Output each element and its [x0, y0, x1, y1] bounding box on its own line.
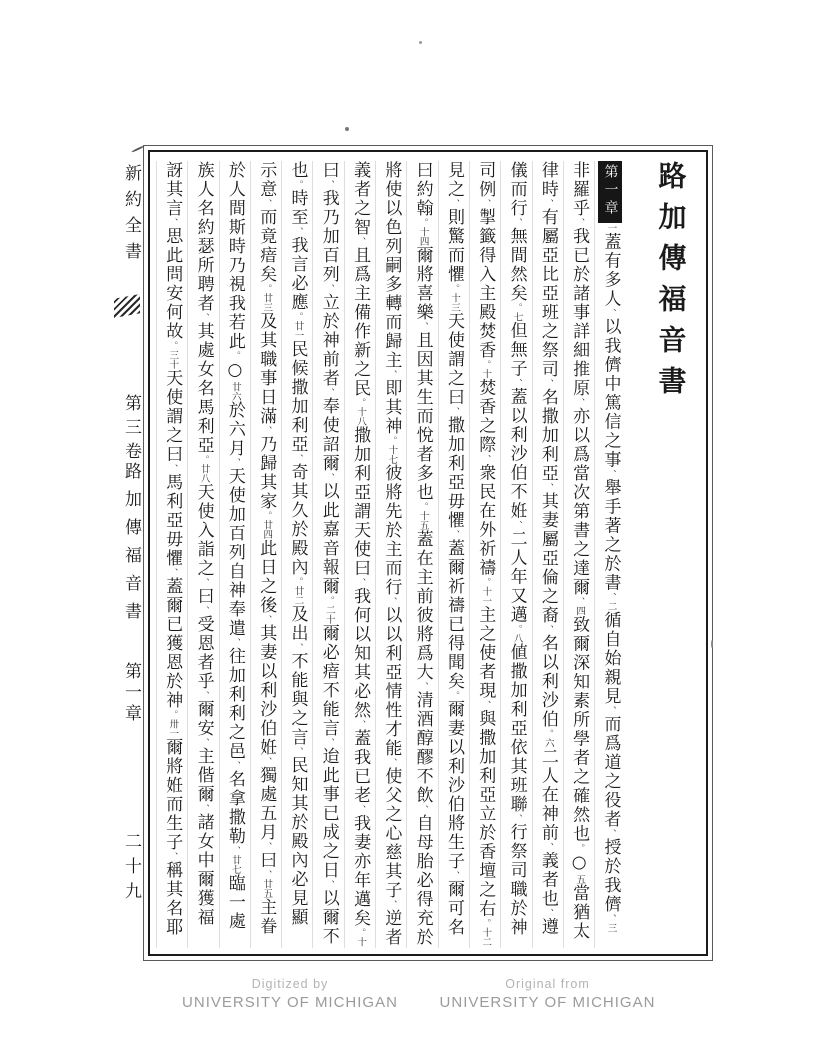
verse-number: 六 — [543, 738, 554, 748]
scan-speck — [711, 640, 713, 648]
verse-number: 十一 — [480, 587, 491, 606]
text-column: 律時、有屬亞比亞班之祭司、名撒加利亞、其妻屬亞倫之裔、名以利沙伯。六二人在神前、… — [532, 161, 563, 948]
ornament-mark — [114, 294, 140, 318]
verse-number: 十二 — [480, 928, 491, 947]
verse-number: 十八 — [355, 407, 366, 426]
verse-number: 卅一 — [167, 719, 178, 738]
margin-book-title: 新約全書 — [110, 164, 144, 268]
margin-page-number: 二十九 — [110, 832, 144, 907]
footer-original: Original from UNIVERSITY OF MICHIGAN — [425, 977, 670, 1011]
verse-number: 廿六 — [230, 382, 241, 401]
text-frame-inner: 路加傳福音書 第一章一蓋有多人、以我儕中篤信之事、舉手著之於書、二循自始親見、而… — [150, 152, 703, 954]
verse-number: 十七 — [386, 445, 397, 464]
text-column: 儀而行、無間然矣。七但無子、蓋以利沙伯不姙、二人年又邁。八値撒加利亞依其班聯、行… — [500, 161, 531, 948]
verse-number: 廿二 — [292, 586, 303, 605]
verse-number: 四 — [574, 606, 585, 616]
verse-number: 七 — [512, 312, 523, 322]
text-column: 見之、則驚而懼。十三天使謂之曰、撒加利亞毋懼、蓋爾祈禱已得聞矣。爾妻以利沙伯將生… — [438, 161, 469, 948]
verse-number: 廿四 — [261, 520, 272, 539]
text-frame: 路加傳福音書 第一章一蓋有多人、以我儕中篤信之事、舉手著之於書、二循自始親見、而… — [148, 150, 708, 956]
verse-number: 一 — [605, 223, 616, 233]
verse-number: 十三 — [449, 293, 460, 312]
text-column: 曰、我乃加百列、立於神前者、奉使詔爾、以此嘉音報爾。二十爾必瘖不能言、迨此事已成… — [312, 161, 343, 948]
text-column: 司例、掣籤得入主殿焚香。十焚香之際、衆民在外祈禱。十一主之使者現、與撒加利亞立於… — [469, 161, 500, 948]
verse-number: 廿一 — [292, 321, 303, 340]
scanned-page: 新約全書 第三卷 路加傳福音書 第一章 二十九 路加傳福音書 第一章一蓋有多人、… — [0, 0, 816, 1056]
verse-number: 廿七 — [230, 855, 241, 874]
text-column: 於人間斯時乃視我若此。○廿六於六月、天使加百列自神奉遣、往加利利之邑、名拿撒勒、… — [219, 161, 250, 948]
digitized-label: Digitized by — [170, 977, 410, 991]
verse-number: 廿五 — [261, 879, 272, 898]
margin-section-title: 路加傳福音書 — [110, 462, 144, 630]
text-column: 非羅乎、我已於諸事詳細推原、亦以爲當次第書之達爾、四致爾深知素所學者之確然也。○… — [563, 161, 594, 948]
verse-number: 廿三 — [261, 293, 272, 312]
verse-number: 五 — [574, 875, 585, 885]
text-column: 義者之智、且爲主備作新之民。十八撒加利亞謂天使曰、我何以知其必然、蓋我已老、我妻… — [344, 161, 375, 948]
verse-number: 十四 — [418, 227, 429, 246]
digitized-org: UNIVERSITY OF MICHIGAN — [170, 994, 410, 1011]
page-title: 路加傳福音書 — [649, 161, 691, 948]
verse-number: 二 — [605, 602, 616, 612]
verse-number: 十 — [480, 369, 491, 379]
scan-speck — [419, 41, 422, 44]
scan-speck — [345, 127, 349, 131]
text-column: 第一章一蓋有多人、以我儕中篤信之事、舉手著之於書、二循自始親見、而爲道之役者、授… — [594, 161, 625, 948]
text-column: 族人名約瑟所聘者、其處女名馬利亞。廿八天使入詣之、曰、受恩者乎、爾安、主偕爾、諸… — [187, 161, 218, 948]
verse-number: 三十 — [167, 350, 178, 369]
footer-digitized: Digitized by UNIVERSITY OF MICHIGAN — [170, 977, 410, 1011]
text-column: 也。時至、我言必應。廿一民候撒加利亞、奇其久於殿內。廿二及出、不能與之言、民知其… — [281, 161, 312, 948]
verse-number: 八 — [512, 634, 523, 644]
margin-chapter: 第一章 — [110, 662, 144, 725]
page-margin: 新約全書 第三卷 路加傳福音書 第一章 二十九 — [110, 156, 144, 956]
text-column: 示意、而竟瘖矣。廿三及其職事日滿、乃歸其家。廿四此日之後、其妻以利沙伯姙、獨處五… — [250, 161, 281, 948]
chapter-label: 第一章 — [598, 161, 622, 223]
text-column: 訝其言、思此問安何故。三十天使謂之曰、馬利亞毋懼、蓋爾已獲恩於神。卅一爾將姙而生… — [156, 161, 187, 948]
verse-number: 三 — [605, 923, 616, 933]
original-label: Original from — [425, 977, 670, 991]
verse-number: 十五 — [418, 511, 429, 530]
text-column: 將使以色列嗣多轉而歸主、即其神。十七彼將先於主而行、以以利亞情性才能、使父之心慈… — [375, 161, 406, 948]
scan-speck — [131, 145, 145, 153]
verse-number: 廿八 — [199, 464, 210, 483]
original-org: UNIVERSITY OF MICHIGAN — [425, 994, 670, 1011]
text-column: 曰約翰。十四爾將喜樂、且因其生而悅者多也。十五蓋在主前彼將爲大、清酒醇醪不飲、自… — [406, 161, 437, 948]
verse-number: 二十 — [324, 605, 335, 624]
margin-volume: 第三卷 — [110, 394, 144, 466]
